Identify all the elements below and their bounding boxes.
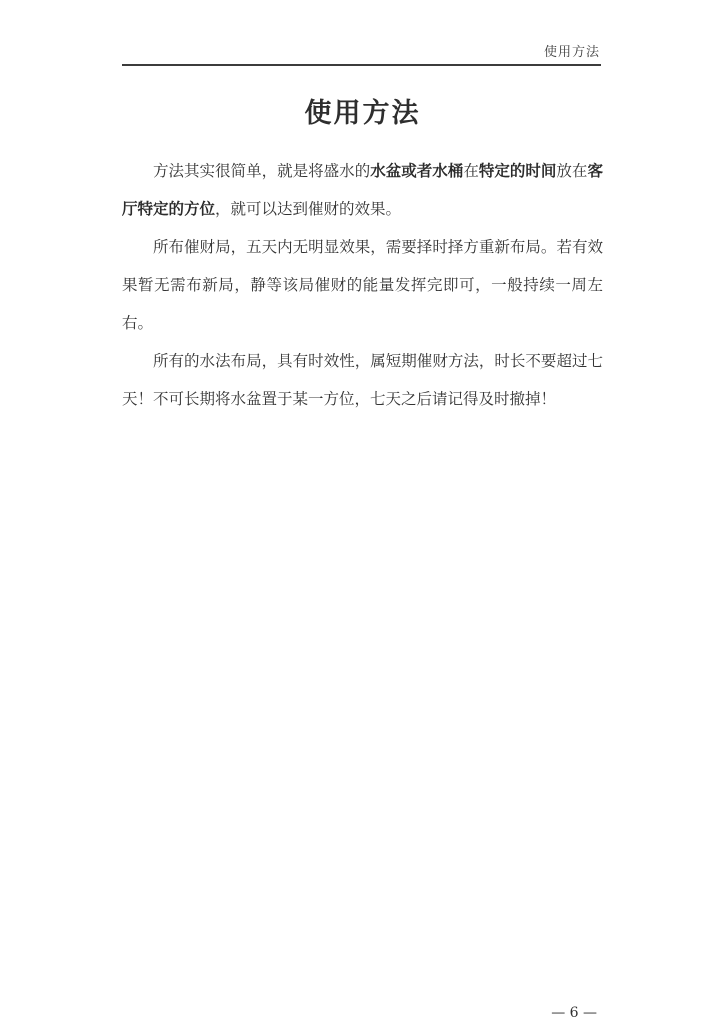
document-title: 使用方法	[0, 95, 725, 133]
text-segment: 所布催财局，五天内无明显效果，需要择时择方重新布局。若有效果暂无需布新局，静等该…	[122, 238, 603, 332]
bold-text-segment: 特定的时间	[479, 161, 557, 180]
document-body: 方法其实很简单，就是将盛水的水盆或者水桶在特定的时间放在客厅特定的方位，就可以达…	[122, 152, 603, 418]
running-header-text: 使用方法	[544, 45, 600, 61]
paragraph-method-summary: 方法其实很简单，就是将盛水的水盆或者水桶在特定的时间放在客厅特定的方位，就可以达…	[122, 152, 603, 228]
paragraph-time-limit-warning: 所有的水法布局，具有时效性，属短期催财方法，时长不要超过七天！不可长期将水盆置于…	[122, 342, 603, 418]
text-segment: ，就可以达到催财的效果。	[215, 200, 401, 218]
page-number: — 6 —	[551, 1004, 597, 1022]
paragraph-duration-note: 所布催财局，五天内无明显效果，需要择时择方重新布局。若有效果暂无需布新局，静等该…	[122, 228, 603, 342]
document-page: 使用方法 使用方法 方法其实很简单，就是将盛水的水盆或者水桶在特定的时间放在客厅…	[0, 0, 725, 1024]
page-header: 使用方法	[122, 0, 601, 66]
page-footer: — 6 —	[122, 954, 597, 1024]
bold-text-segment: 水盆或者水桶	[370, 161, 463, 180]
text-segment: 放在	[556, 162, 587, 180]
text-segment: 方法其实很简单，就是将盛水的	[153, 162, 370, 180]
text-segment: 在	[463, 162, 479, 180]
text-segment: 所有的水法布局，具有时效性，属短期催财方法，时长不要超过七天！不可长期将水盆置于…	[122, 352, 603, 408]
header-divider-rule	[122, 64, 601, 66]
